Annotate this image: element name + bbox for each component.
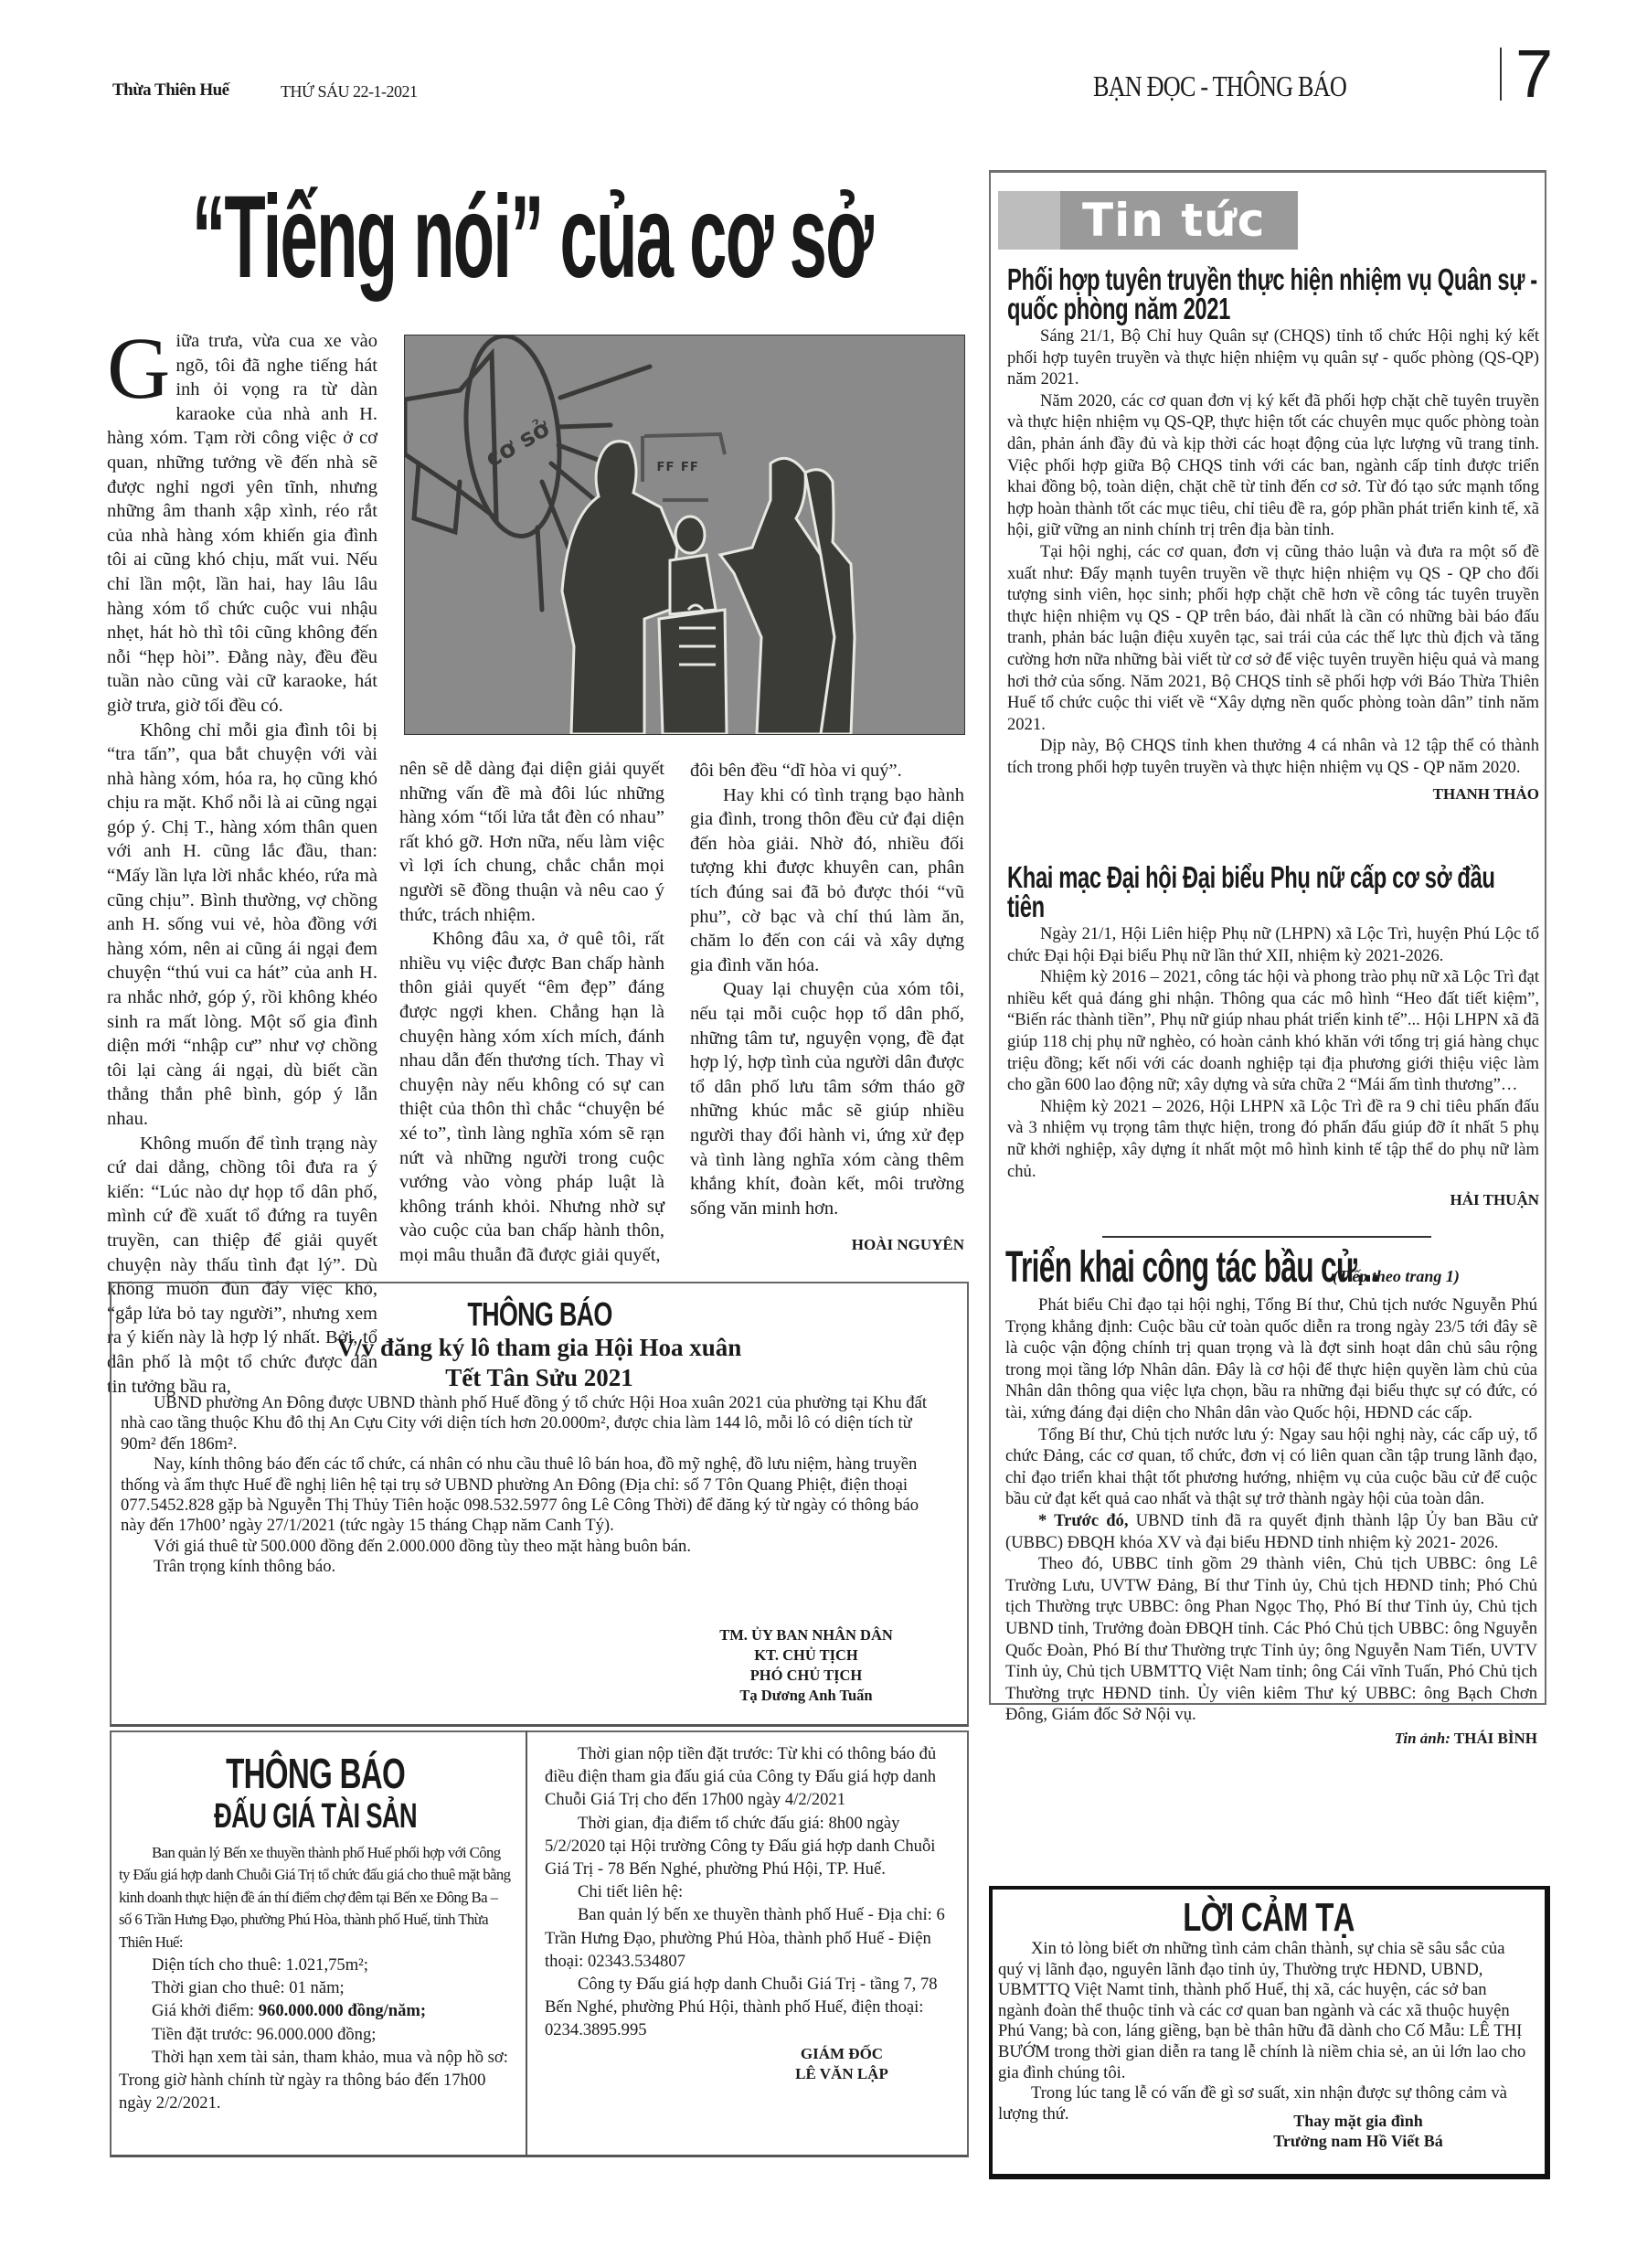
- news-divider: [1102, 1236, 1431, 1239]
- news-article-3: Triển khai công tác bầu cử...(Tiếp theo …: [1005, 1245, 1545, 1749]
- auction-signature: GIÁM ĐỐC LÊ VĂN LẬP: [764, 2044, 919, 2084]
- auction-right-column: Thời gian nộp tiền đặt trước: Từ khi có …: [545, 1742, 952, 2084]
- notice-paragraph: Nay, kính thông báo đến các tổ chức, cá …: [121, 1454, 947, 1537]
- news-body: Phát biểu Chỉ đạo tại hội nghị, Tổng Bí …: [1005, 1294, 1537, 1749]
- news-author: THÁI BÌNH: [1454, 1730, 1537, 1747]
- article-paragraph: Quay lại chuyện của xóm tôi, nếu tại mỗi…: [690, 977, 964, 1220]
- article-illustration: cơ sở ꜰꜰ ꜰꜰ: [404, 335, 965, 735]
- newspaper-name: Thừa Thiên Huế: [112, 80, 229, 101]
- news-paragraph: Nhiệm kỳ 2021 – 2026, Hội LHPN xã Lộc Tr…: [1007, 1096, 1539, 1182]
- signature-name: Tạ Dương Anh Tuấn: [669, 1686, 943, 1706]
- auction-viewing: Thời hạn xem tài sản, tham khảo, mua và …: [119, 2046, 512, 2115]
- notice-paragraph: Thời gian, địa điểm tổ chức đấu giá: 8h0…: [545, 1812, 952, 1881]
- article-column-1: Giữa trưa, vừa cua xe vào ngõ, tôi đã ng…: [107, 329, 377, 1399]
- news-paragraph: Năm 2020, các cơ quan đơn vị ký kết đã p…: [1007, 390, 1539, 541]
- article-paragraph: Hay khi có tình trạng bạo hành gia đình,…: [690, 783, 964, 978]
- article-byline: HOÀI NGUYÊN: [690, 1233, 964, 1258]
- notice-paragraph: UBND phường An Đông được UBND thành phố …: [121, 1393, 947, 1454]
- news-body: Ngày 21/1, Hội Liên hiệp Phụ nữ (LHPN) x…: [1007, 923, 1539, 1211]
- auction-term: Thời gian cho thuê: 01 năm;: [119, 1976, 512, 1999]
- auction-left-column: THÔNG BÁO ĐẤU GIÁ TÀI SẢN Ban quản lý Bế…: [119, 1751, 512, 2114]
- news-title: Khai mạc Đại hội Đại biểu Phụ nữ cấp cơ …: [1007, 863, 1527, 921]
- notice-flower-festival: THÔNG BÁO V/v đăng ký lô tham gia Hội Ho…: [110, 1282, 969, 1727]
- signature-line: PHÓ CHỦ TỊCH: [669, 1666, 943, 1686]
- news-paragraph: Ngày 21/1, Hội Liên hiệp Phụ nữ (LHPN) x…: [1007, 923, 1539, 966]
- news-paragraph: Sáng 21/1, Bộ Chỉ huy Quân sự (CHQS) tỉn…: [1007, 325, 1539, 390]
- thanks-signature: Thay mặt gia đình Trưởng nam Hồ Viết Bá: [1249, 2111, 1468, 2151]
- news-label: Tin tức: [1082, 191, 1265, 250]
- author-prefix: Tin ảnh:: [1395, 1730, 1450, 1747]
- start-price-label: Giá khởi điểm:: [152, 2001, 259, 2020]
- news-label-accent: [998, 191, 1060, 250]
- signature-name: LÊ VĂN LẬP: [764, 2064, 919, 2084]
- auction-intro: Ban quản lý Bến xe thuyền thành phố Huế …: [119, 1842, 512, 1954]
- megaphone-karaoke-illustration: cơ sở ꜰꜰ ꜰꜰ: [405, 335, 964, 734]
- news-paragraph: Nhiệm kỳ 2016 – 2021, công tác hội và ph…: [1007, 966, 1539, 1096]
- signature-line: Thay mặt gia đình: [1249, 2111, 1468, 2131]
- news-article-2: Khai mạc Đại hội Đại biểu Phụ nữ cấp cơ …: [1007, 863, 1647, 1211]
- news-paragraph: Dịp này, Bộ CHQS tỉnh khen thưởng 4 cá n…: [1007, 735, 1539, 778]
- auction-details: Diện tích cho thuê: 1.021,75m²; Thời gia…: [119, 1954, 512, 2114]
- notice-subtitle: V/v đăng ký lô tham gia Hội Hoa xuân Tết…: [112, 1333, 967, 1393]
- auction-title-1: THÔNG BÁO: [226, 1751, 405, 1796]
- thanks-paragraph: Xin tỏ lòng biết ơn những tình cảm chân …: [998, 1939, 1532, 2083]
- section-title: BẠN ĐỌC - THÔNG BÁO: [1093, 69, 1346, 103]
- news-author: THANH THẢO: [1007, 783, 1539, 805]
- article-column-3: đôi bên đều “dĩ hòa vi quý”. Hay khi có …: [690, 759, 964, 1258]
- notice-column-divider: [526, 1730, 527, 2155]
- notice-paragraph: Thời gian nộp tiền đặt trước: Từ khi có …: [545, 1742, 952, 1812]
- thanks-body: Xin tỏ lòng biết ơn những tình cảm chân …: [993, 1939, 1545, 2124]
- lead-bold: * Trước đó,: [1038, 1511, 1129, 1530]
- news-paragraph: Tổng Bí thư, Chủ tịch nước lưu ý: Ngay s…: [1005, 1424, 1537, 1510]
- notice-title: THÔNG BÁO: [467, 1296, 611, 1333]
- auction-deposit: Tiền đặt trước: 96.000.000 đồng;: [119, 2023, 512, 2046]
- article-paragraph: đôi bên đều “dĩ hòa vi quý”.: [690, 759, 964, 783]
- news-title: Triển khai công tác bầu cử...: [1005, 1245, 1228, 1291]
- auction-area: Diện tích cho thuê: 1.021,75m²;: [119, 1954, 512, 1976]
- news-paragraph: Theo đó, UBBC tỉnh gồm 29 thành viên, Ch…: [1005, 1553, 1537, 1726]
- article-column-2: nên sẽ dễ dàng đại diện giải quyết những…: [399, 757, 664, 1267]
- news-paragraph: Tại hội nghị, các cơ quan, đơn vị cũng t…: [1007, 541, 1539, 735]
- notice-paragraph: Công ty Đấu giá hợp danh Chuỗi Giá Trị -…: [545, 1973, 952, 2042]
- start-price-value: 960.000.000 đồng/năm;: [259, 2001, 426, 2020]
- main-headline: “Tiếng nói” của cơ sở: [192, 178, 872, 297]
- news-author: HẢI THUẬN: [1007, 1189, 1539, 1211]
- news-article-1: Phối hợp tuyên truyền thực hiện nhiệm vụ…: [1007, 265, 1647, 805]
- thanks-title: LỜI CẢM TẠ: [1183, 1897, 1354, 1939]
- svg-text:ꜰꜰ ꜰꜰ: ꜰꜰ ꜰꜰ: [656, 456, 699, 475]
- page-number: 7: [1515, 40, 1553, 108]
- news-paragraph: Phát biểu Chỉ đạo tại hội nghị, Tổng Bí …: [1005, 1294, 1537, 1424]
- notice-paragraph: Ban quản lý bến xe thuyền thành phố Huế …: [545, 1903, 952, 1973]
- notice-signature: TM. ỦY BAN NHÂN DÂN KT. CHỦ TỊCH PHÓ CHỦ…: [669, 1625, 943, 1706]
- signature-name: Trưởng nam Hồ Viết Bá: [1249, 2131, 1468, 2151]
- signature-line: TM. ỦY BAN NHÂN DÂN: [669, 1625, 943, 1645]
- auction-title-2: ĐẤU GIÁ TÀI SẢN: [214, 1796, 417, 1837]
- article-paragraph: Không chỉ mỗi gia đình tôi bị “tra tấn”,…: [107, 719, 377, 1132]
- notice-paragraph: Với giá thuê từ 500.000 đồng đến 2.000.0…: [121, 1537, 947, 1557]
- header-divider: [1500, 48, 1502, 101]
- signature-line: GIÁM ĐỐC: [764, 2044, 919, 2064]
- drop-cap: G: [107, 333, 170, 404]
- news-paragraph: * Trước đó, UBND tỉnh đã ra quyết định t…: [1005, 1510, 1537, 1553]
- article-paragraph: nên sẽ dễ dàng đại diện giải quyết những…: [399, 757, 664, 927]
- news-body: Sáng 21/1, Bộ Chỉ huy Quân sự (CHQS) tỉn…: [1007, 325, 1539, 805]
- signature-line: KT. CHỦ TỊCH: [669, 1645, 943, 1666]
- issue-date: THỨ SÁU 22-1-2021: [281, 82, 417, 101]
- subtitle-line-1: V/v đăng ký lô tham gia Hội Hoa xuân: [112, 1333, 967, 1363]
- auction-start-price: Giá khởi điểm: 960.000.000 đồng/năm;: [119, 1999, 512, 2022]
- notice-body: UBND phường An Đông được UBND thành phố …: [112, 1393, 967, 1578]
- subtitle-line-2: Tết Tân Sửu 2021: [112, 1363, 967, 1393]
- notice-paragraph: Chi tiết liên hệ:: [545, 1880, 952, 1903]
- news-title: Phối hợp tuyên truyền thực hiện nhiệm vụ…: [1007, 265, 1546, 324]
- notice-paragraph: Trân trọng kính thông báo.: [121, 1557, 947, 1577]
- continued-note: (Tiếp theo trang 1): [1333, 1267, 1460, 1285]
- article-paragraph: Không đâu xa, ở quê tôi, rất nhiều vụ vi…: [399, 927, 664, 1267]
- news-author-line: Tin ảnh: THÁI BÌNH: [1005, 1728, 1537, 1750]
- notice-paragraph: Ban quản lý Bến xe thuyền thành phố Huế …: [119, 1842, 512, 1954]
- thanks-notice: LỜI CẢM TẠ Xin tỏ lòng biết ơn những tìn…: [989, 1886, 1550, 2179]
